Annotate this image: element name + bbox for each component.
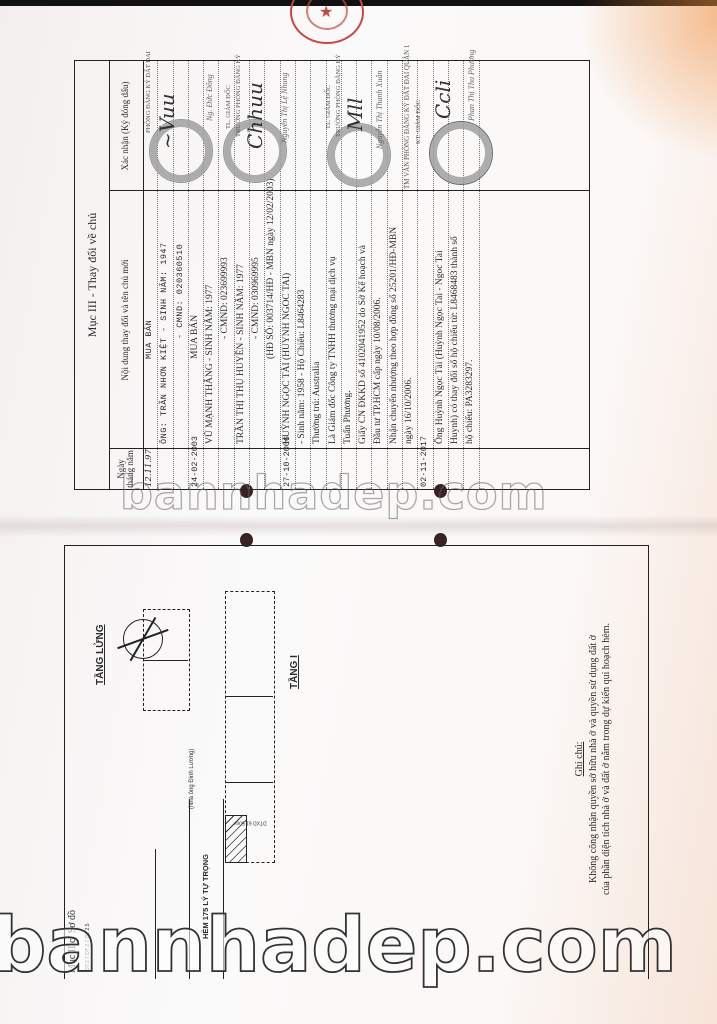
row-content: Đầu tư TP.HCM cấp ngày 10/08/2006.	[373, 297, 383, 444]
note-line: của phần diện tích nhà ở và đất ở nằm tr…	[600, 579, 614, 939]
floor-label-ground: TẦNG I	[289, 655, 300, 689]
row-content: - Sinh năm: 1958 - Hộ Chiếu: L8464283	[297, 290, 307, 444]
wall-line	[143, 660, 188, 661]
signer-name: Nguyễn Thị Thanh Xuân	[375, 71, 384, 149]
signer-name: Ng. Đức Đông	[205, 74, 214, 121]
official-stamp	[429, 121, 493, 185]
confirm-org: TRƯỞNG PHÒNG ĐĂNG KÝ	[235, 54, 242, 137]
confirm-title: KT. GIÁM ĐỐC	[415, 100, 422, 144]
row-content: Thường trú: Australia	[312, 362, 322, 444]
row-content: Tuấn Phương.	[343, 390, 353, 444]
header-confirm: Xác nhận (Ký đóng dấu)	[109, 61, 143, 191]
confirm-org: TM VĂN PHÒNG ĐĂNG KÝ ĐẤT ĐAI QUẬN 1	[403, 45, 411, 189]
note-block: Ghi chú: Không công nhận quyền sở hữu nh…	[573, 579, 614, 939]
row-content: MUA BÁN	[190, 315, 200, 359]
row-content: Giấy CN ĐKKD số 4102041952 do Sở Kế hoạc…	[358, 245, 368, 444]
area-label: DTXD 61.50m²	[233, 819, 266, 825]
wall-line	[225, 782, 273, 783]
row-content: VŨ MẠNH THẮNG - SINH NĂM: 1977	[205, 285, 215, 444]
star-icon: ★	[319, 2, 333, 22]
row-content: MUA BÁN	[144, 320, 154, 359]
row-content: (HĐ SỐ: 003714/HĐ - MBN ngày 12/02/2003)	[266, 179, 276, 360]
row-content: Ông Huỳnh Ngọc Tài (Huỳnh Ngọc Tai - Ngo…	[435, 250, 445, 444]
row-content: Là Giám đốc Công ty TNHH thương mại dịch…	[328, 256, 338, 444]
table-row: Nhận chuyển nhượng theo hợp đồng số 2520…	[388, 61, 403, 489]
confirm-org: TRƯỞNG PHÒNG ĐĂNG KÝ	[335, 54, 342, 137]
section3-page: Mục III - Thay đổi về chủ Ngày tháng năm…	[74, 60, 590, 490]
red-official-seal: ★	[290, 0, 364, 44]
confirm-org: PHÒNG ĐĂNG KÝ ĐẤT ĐAI	[145, 51, 152, 133]
row-content: Huynh) có thay đổi số hộ chiếu từ: L8468…	[450, 236, 460, 444]
table-header: Ngày tháng năm Nội dung thay đổi và tên …	[109, 61, 144, 489]
row-content: - CMND: 030969995	[251, 257, 261, 339]
signature: Mll	[343, 98, 367, 131]
signature: Chhuu	[243, 82, 267, 149]
row-content: hộ chiếu: PA3283297.	[465, 360, 475, 444]
watermark: bannhadep.com	[120, 466, 548, 520]
row-content: Nhận chuyển nhượng theo hợp đồng số 2520…	[389, 227, 399, 444]
signer-name: Phan Thị Thu Phương	[467, 49, 476, 121]
scan-color-artifact	[577, 0, 717, 160]
note-line: Không công nhận quyền sở hữu nhà ở và qu…	[587, 579, 601, 939]
signer-name: Nguyễn Thị Lệ Nhung	[280, 73, 289, 143]
row-content: ÔNG: TRẦN NHƠN KIỆT - SINH NĂM: 1947	[159, 242, 169, 444]
confirm-title: TL. GIÁM ĐỐC	[225, 85, 232, 129]
row-content: TRẦN THỊ THỤ HUYỀN - SINH NĂM: 1977	[236, 264, 246, 444]
neighbor-label: (Nhà ông Đinh Lương)	[189, 749, 195, 809]
table-row: VŨ MẠNH THẮNG - SINH NĂM: 1977	[204, 61, 219, 489]
row-content: - CMND: 020360510	[175, 244, 185, 339]
signature: ~Vuu	[155, 93, 179, 149]
row-content: ngày 16/10/2006.	[404, 378, 414, 445]
note-title: Ghi chú:	[573, 579, 587, 939]
floor-label-mezzanine: TẦNG LỬNG	[95, 624, 106, 685]
ownership-change-table: Mục III - Thay đổi về chủ Ngày tháng năm…	[75, 61, 589, 489]
row-content: HUỲNH NGỌC TÀI (HUYNH NGOC TAI)	[282, 273, 292, 444]
wall-line	[225, 696, 273, 697]
signature: Ccli	[431, 80, 455, 119]
table-row: - Sinh năm: 1958 - Hộ Chiếu: L8464283	[296, 61, 311, 489]
confirm-title: TL. GIÁM ĐỐC	[325, 85, 332, 129]
header-content: Nội dung thay đổi và tên chủ mới	[109, 191, 143, 449]
row-content: - CMND: 023699993	[220, 257, 230, 339]
section3-title: Mục III - Thay đổi về chủ	[75, 61, 110, 489]
watermark: bannhadep.com	[0, 900, 677, 989]
